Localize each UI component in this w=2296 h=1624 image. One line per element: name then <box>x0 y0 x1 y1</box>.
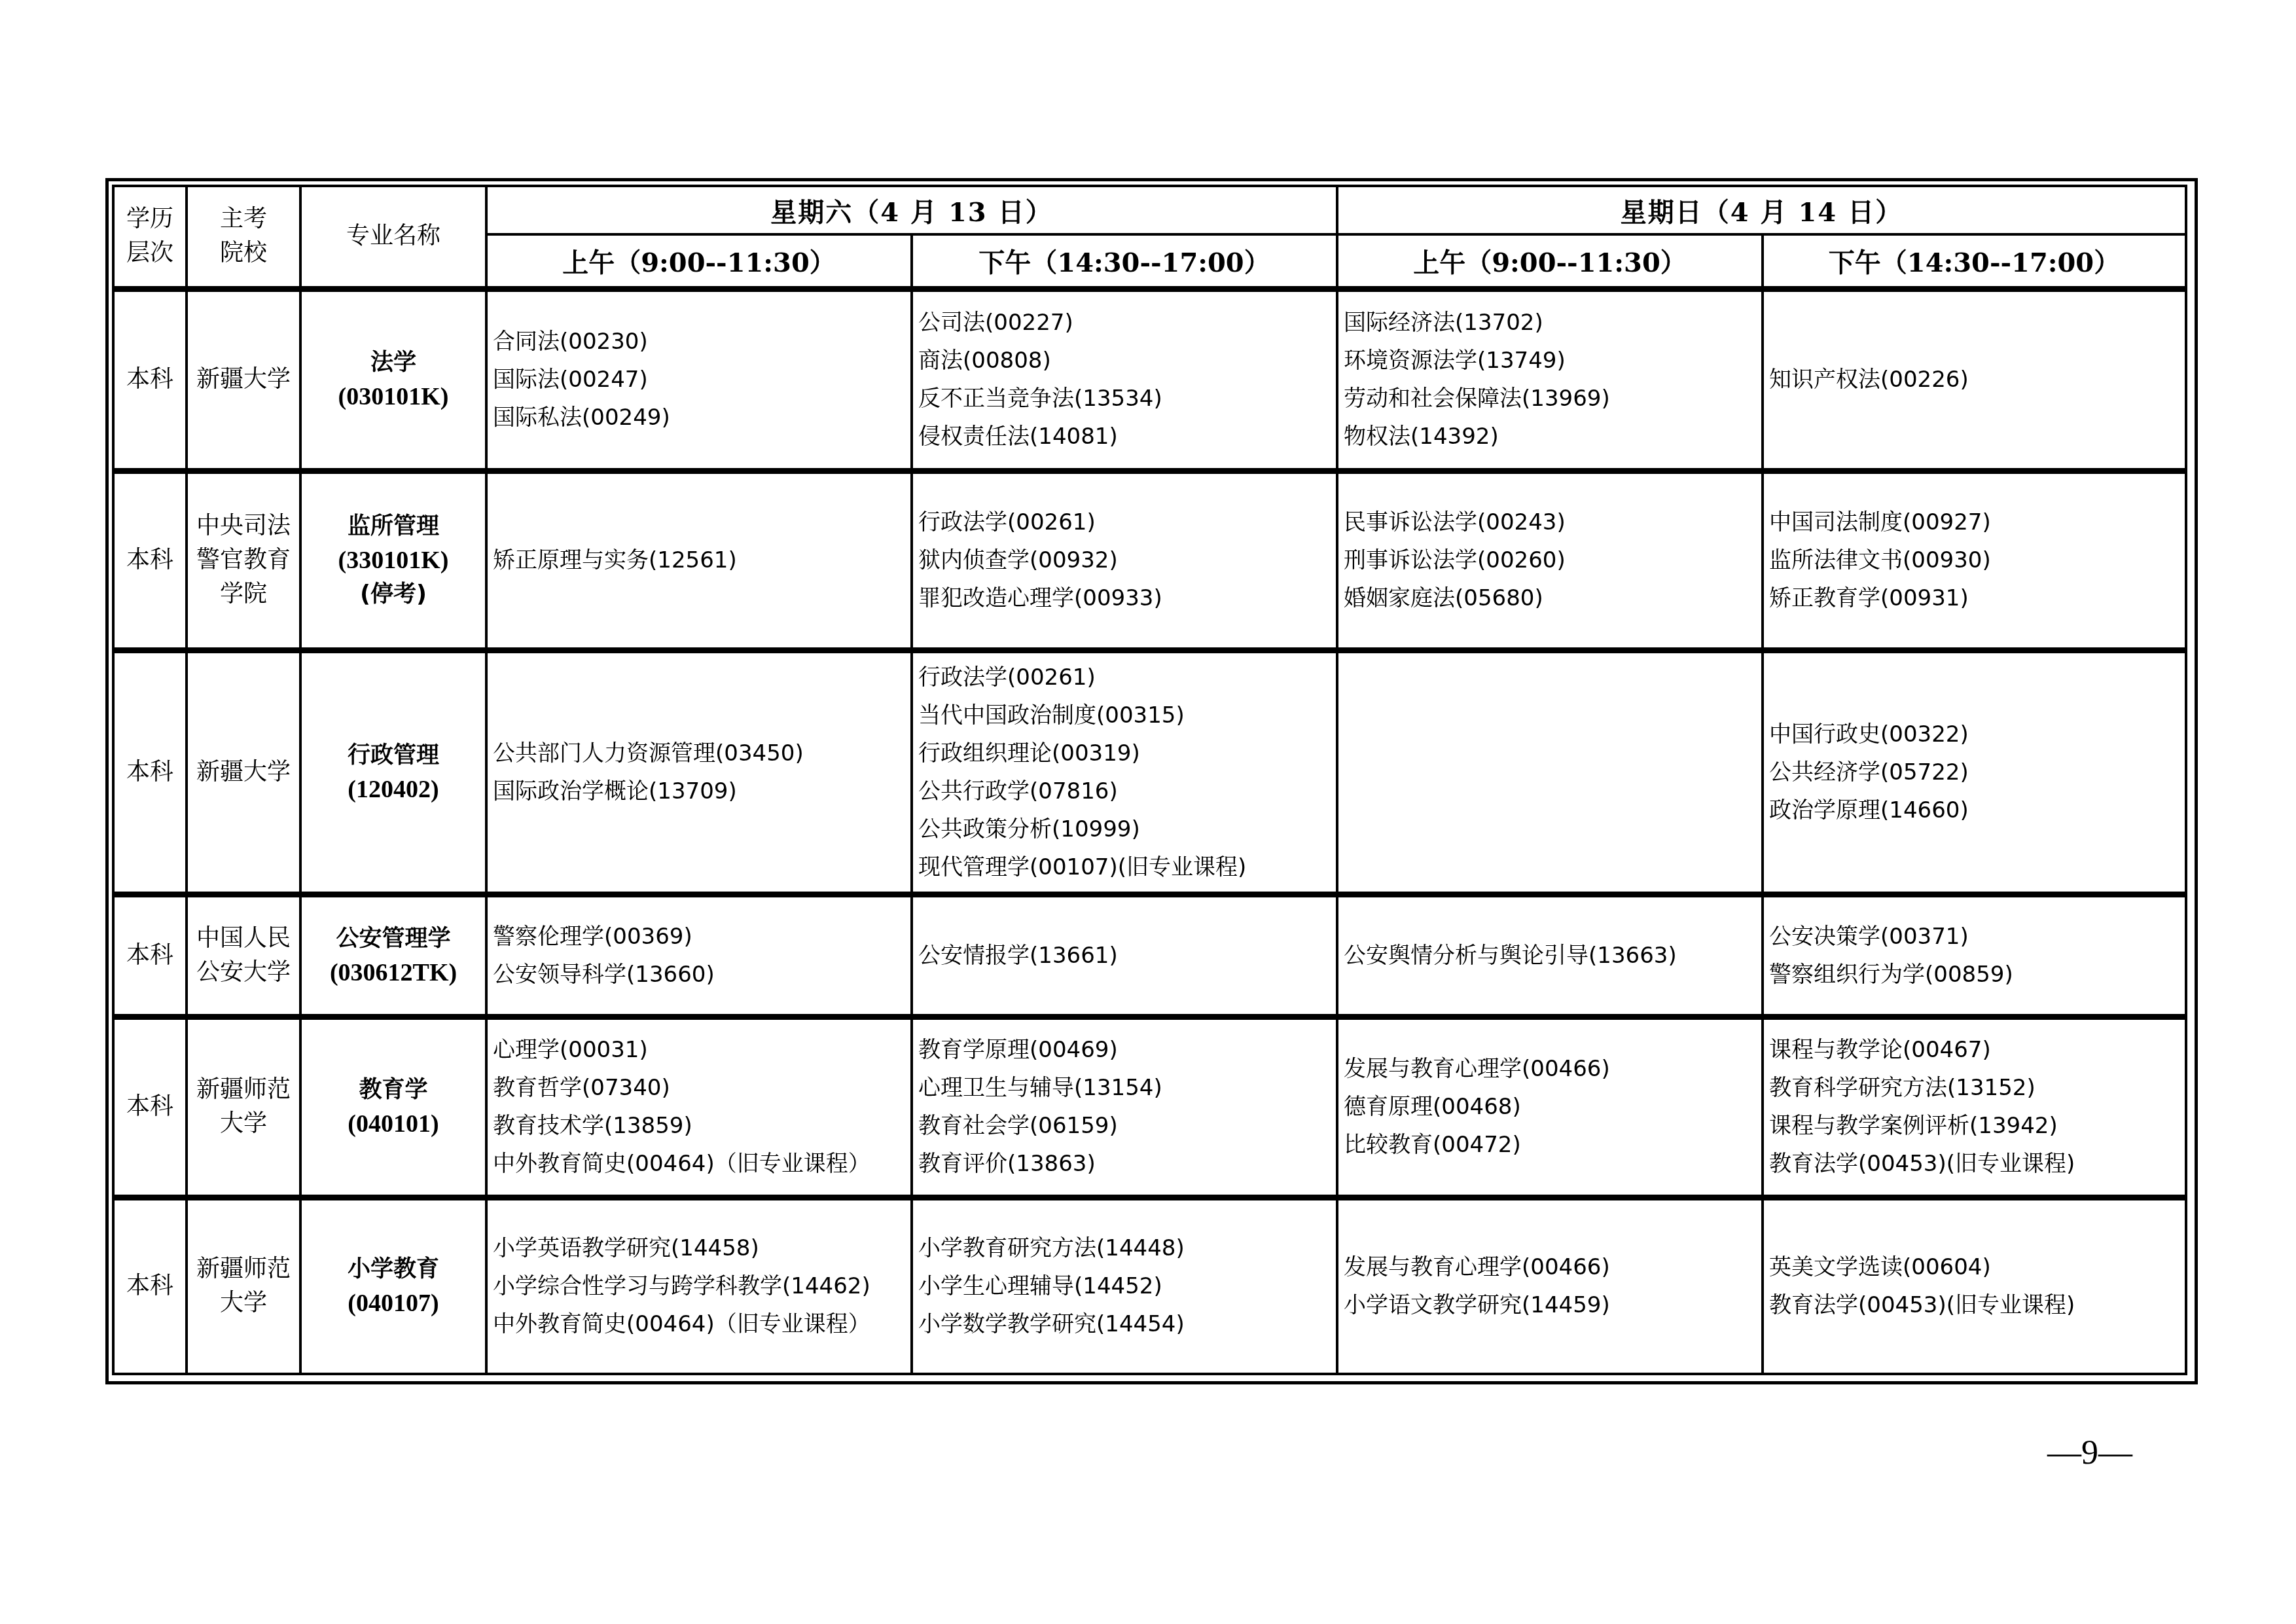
course-item: 教育哲学(07340) <box>493 1069 910 1107</box>
sun-pm-cell: 中国司法制度(00927) 监所法律文书(00930) 矫正教育学(00931) <box>1763 471 2186 650</box>
course-item: 教育法学(00453)(旧专业课程) <box>1769 1145 2185 1183</box>
course-item: 中国司法制度(00927) <box>1769 503 2185 541</box>
school-line: 中央司法 <box>188 509 299 543</box>
header-row-days: 学历 层次 主考 院校 专业名称 星期六（4 月 13 日） 星期日（4 月 1… <box>113 186 2186 234</box>
course-item: 公安决策学(00371) <box>1769 918 2185 956</box>
course-item: 公共政策分析(10999) <box>918 810 1336 848</box>
major-cell: 教育学 (040101) <box>300 1017 486 1197</box>
course-item: 婚姻家庭法(05680) <box>1344 579 1761 617</box>
table-row: 本科 新疆师范 大学 小学教育 (040107) 小学英语教学研究(14458)… <box>113 1197 2186 1374</box>
major-cell: 法学 (030101K) <box>300 289 486 471</box>
major-status: (停考) <box>302 577 485 611</box>
course-item: 公共行政学(07816) <box>918 772 1336 810</box>
exam-schedule-frame: 学历 层次 主考 院校 专业名称 星期六（4 月 13 日） 星期日（4 月 1… <box>105 178 2198 1384</box>
sat-am-cell: 警察伦理学(00369) 公安领导科学(13660) <box>486 894 912 1017</box>
major-name: 小学教育 <box>302 1252 485 1286</box>
course-item: 公安领导科学(13660) <box>493 956 910 994</box>
sun-pm-cell: 中国行政史(00322) 公共经济学(05722) 政治学原理(14660) <box>1763 650 2186 894</box>
major-cell: 监所管理 (330101K) (停考) <box>300 471 486 650</box>
course-item: 现代管理学(00107)(旧专业课程) <box>918 848 1336 886</box>
course-item: 行政组织理论(00319) <box>918 734 1336 772</box>
course-item: 小学综合性学习与跨学科教学(14462) <box>493 1267 910 1305</box>
sat-am-cell: 小学英语教学研究(14458) 小学综合性学习与跨学科教学(14462) 中外教… <box>486 1197 912 1374</box>
school-cell: 新疆师范 大学 <box>187 1197 300 1374</box>
course-item: 合同法(00230) <box>493 323 910 361</box>
sun-am-cell <box>1337 650 1763 894</box>
course-item: 行政法学(00261) <box>918 503 1336 541</box>
sat-am-cell: 心理学(00031) 教育哲学(07340) 教育技术学(13859) 中外教育… <box>486 1017 912 1197</box>
major-name: 法学 <box>302 346 485 380</box>
sat-am-cell: 公共部门人力资源管理(03450) 国际政治学概论(13709) <box>486 650 912 894</box>
course-item: 警察伦理学(00369) <box>493 918 910 956</box>
course-item: 发展与教育心理学(00466) <box>1344 1050 1761 1088</box>
school-line: 新疆师范 <box>188 1073 299 1107</box>
course-item: 中外教育简史(00464)（旧专业课程） <box>493 1305 910 1343</box>
level-cell: 本科 <box>113 471 187 650</box>
level-cell: 本科 <box>113 650 187 894</box>
course-item: 小学生心理辅导(14452) <box>918 1267 1336 1305</box>
course-item: 教育学原理(00469) <box>918 1031 1336 1069</box>
course-item: 公司法(00227) <box>918 304 1336 342</box>
course-item: 教育科学研究方法(13152) <box>1769 1069 2185 1107</box>
course-item: 警察组织行为学(00859) <box>1769 956 2185 994</box>
header-level-line: 学历 <box>115 202 185 236</box>
course-item: 罪犯改造心理学(00933) <box>918 579 1336 617</box>
sun-pm-cell: 英美文学选读(00604) 教育法学(00453)(旧专业课程) <box>1763 1197 2186 1374</box>
course-item: 矫正原理与实务(12561) <box>493 541 910 579</box>
course-item: 物权法(14392) <box>1344 418 1761 456</box>
sat-am-cell: 矫正原理与实务(12561) <box>486 471 912 650</box>
school-cell: 新疆师范 大学 <box>187 1017 300 1197</box>
sun-am-cell: 民事诉讼法学(00243) 刑事诉讼法学(00260) 婚姻家庭法(05680) <box>1337 471 1763 650</box>
school-line: 学院 <box>188 577 299 611</box>
course-item: 矫正教育学(00931) <box>1769 579 2185 617</box>
course-item: 教育社会学(06159) <box>918 1107 1336 1145</box>
major-name: 公安管理学 <box>302 922 485 956</box>
header-slot-sat-pm: 下午（14:30--17:00） <box>912 234 1337 289</box>
course-item: 中国行政史(00322) <box>1769 715 2185 753</box>
course-item: 公安情报学(13661) <box>918 937 1336 975</box>
level-cell: 本科 <box>113 289 187 471</box>
course-item: 课程与教学论(00467) <box>1769 1031 2185 1069</box>
course-item: 心理学(00031) <box>493 1031 910 1069</box>
sat-pm-cell: 教育学原理(00469) 心理卫生与辅导(13154) 教育社会学(06159)… <box>912 1017 1337 1197</box>
school-line: 新疆大学 <box>188 363 299 397</box>
major-cell: 行政管理 (120402) <box>300 650 486 894</box>
course-item: 小学语文教学研究(14459) <box>1344 1286 1761 1324</box>
course-item: 狱内侦查学(00932) <box>918 541 1336 579</box>
level-cell: 本科 <box>113 894 187 1017</box>
course-item: 商法(00808) <box>918 342 1336 380</box>
course-item: 知识产权法(00226) <box>1769 361 2185 399</box>
sat-pm-cell: 行政法学(00261) 当代中国政治制度(00315) 行政组织理论(00319… <box>912 650 1337 894</box>
course-item: 小学数学教学研究(14454) <box>918 1305 1336 1343</box>
course-item: 教育技术学(13859) <box>493 1107 910 1145</box>
course-item: 劳动和社会保障法(13969) <box>1344 380 1761 418</box>
school-line: 警官教育 <box>188 543 299 577</box>
course-item: 民事诉讼法学(00243) <box>1344 503 1761 541</box>
sun-am-cell: 发展与教育心理学(00466) 小学语文教学研究(14459) <box>1337 1197 1763 1374</box>
header-school: 主考 院校 <box>187 186 300 289</box>
major-code: (040107) <box>302 1286 485 1320</box>
course-item: 侵权责任法(14081) <box>918 418 1336 456</box>
level-cell: 本科 <box>113 1197 187 1374</box>
table-row: 本科 中国人民 公安大学 公安管理学 (030612TK) 警察伦理学(0036… <box>113 894 2186 1017</box>
header-major: 专业名称 <box>300 186 486 289</box>
header-slot-sun-am: 上午（9:00--11:30） <box>1337 234 1763 289</box>
school-cell: 中央司法 警官教育 学院 <box>187 471 300 650</box>
course-item: 教育法学(00453)(旧专业课程) <box>1769 1286 2185 1324</box>
course-item: 英美文学选读(00604) <box>1769 1248 2185 1286</box>
course-item: 德育原理(00468) <box>1344 1088 1761 1126</box>
course-item: 国际政治学概论(13709) <box>493 772 910 810</box>
major-code: (030612TK) <box>302 956 485 990</box>
school-cell: 新疆大学 <box>187 650 300 894</box>
table-row: 本科 新疆大学 法学 (030101K) 合同法(00230) 国际法(0024… <box>113 289 2186 471</box>
school-line: 公安大学 <box>188 956 299 990</box>
sun-am-cell: 公安舆情分析与舆论引导(13663) <box>1337 894 1763 1017</box>
course-item: 国际法(00247) <box>493 361 910 399</box>
school-cell: 新疆大学 <box>187 289 300 471</box>
header-level: 学历 层次 <box>113 186 187 289</box>
course-item: 中外教育简史(00464)（旧专业课程） <box>493 1145 910 1183</box>
header-day-sunday: 星期日（4 月 14 日） <box>1337 186 2186 234</box>
major-code: (330101K) <box>302 543 485 577</box>
course-item: 环境资源法学(13749) <box>1344 342 1761 380</box>
school-line: 新疆师范 <box>188 1252 299 1286</box>
header-school-line: 院校 <box>188 236 299 270</box>
table-row: 本科 中央司法 警官教育 学院 监所管理 (330101K) (停考) 矫正原理… <box>113 471 2186 650</box>
header-level-line: 层次 <box>115 236 185 270</box>
level-cell: 本科 <box>113 1017 187 1197</box>
table-row: 本科 新疆师范 大学 教育学 (040101) 心理学(00031) 教育哲学(… <box>113 1017 2186 1197</box>
school-line: 大学 <box>188 1286 299 1320</box>
course-item: 课程与教学案例评析(13942) <box>1769 1107 2185 1145</box>
school-line: 中国人民 <box>188 922 299 956</box>
sun-pm-cell: 课程与教学论(00467) 教育科学研究方法(13152) 课程与教学案例评析(… <box>1763 1017 2186 1197</box>
major-code: (030101K) <box>302 380 485 414</box>
table-row: 本科 新疆大学 行政管理 (120402) 公共部门人力资源管理(03450) … <box>113 650 2186 894</box>
sun-pm-cell: 知识产权法(00226) <box>1763 289 2186 471</box>
course-item: 教育评价(13863) <box>918 1145 1336 1183</box>
major-code: (120402) <box>302 772 485 806</box>
course-item: 行政法学(00261) <box>918 659 1336 696</box>
school-line: 大学 <box>188 1107 299 1141</box>
major-name: 行政管理 <box>302 738 485 772</box>
course-item: 公共经济学(05722) <box>1769 753 2185 791</box>
sat-am-cell: 合同法(00230) 国际法(00247) 国际私法(00249) <box>486 289 912 471</box>
sat-pm-cell: 行政法学(00261) 狱内侦查学(00932) 罪犯改造心理学(00933) <box>912 471 1337 650</box>
sat-pm-cell: 公安情报学(13661) <box>912 894 1337 1017</box>
header-school-line: 主考 <box>188 202 299 236</box>
major-cell: 公安管理学 (030612TK) <box>300 894 486 1017</box>
sun-am-cell: 发展与教育心理学(00466) 德育原理(00468) 比较教育(00472) <box>1337 1017 1763 1197</box>
course-item: 小学英语教学研究(14458) <box>493 1229 910 1267</box>
course-item: 当代中国政治制度(00315) <box>918 696 1336 734</box>
header-slot-sat-am: 上午（9:00--11:30） <box>486 234 912 289</box>
school-cell: 中国人民 公安大学 <box>187 894 300 1017</box>
course-item: 刑事诉讼法学(00260) <box>1344 541 1761 579</box>
course-item: 监所法律文书(00930) <box>1769 541 2185 579</box>
header-day-saturday: 星期六（4 月 13 日） <box>486 186 1337 234</box>
course-item: 小学教育研究方法(14448) <box>918 1229 1336 1267</box>
major-name: 监所管理 <box>302 509 485 543</box>
course-item: 国际经济法(13702) <box>1344 304 1761 342</box>
course-item: 比较教育(00472) <box>1344 1126 1761 1164</box>
course-item: 国际私法(00249) <box>493 399 910 437</box>
sun-pm-cell: 公安决策学(00371) 警察组织行为学(00859) <box>1763 894 2186 1017</box>
header-slot-sun-pm: 下午（14:30--17:00） <box>1763 234 2186 289</box>
major-cell: 小学教育 (040107) <box>300 1197 486 1374</box>
school-line: 新疆大学 <box>188 755 299 789</box>
major-code: (040101) <box>302 1107 485 1141</box>
course-item: 公共部门人力资源管理(03450) <box>493 734 910 772</box>
sun-am-cell: 国际经济法(13702) 环境资源法学(13749) 劳动和社会保障法(1396… <box>1337 289 1763 471</box>
course-item: 反不正当竞争法(13534) <box>918 380 1336 418</box>
exam-schedule-table: 学历 层次 主考 院校 专业名称 星期六（4 月 13 日） 星期日（4 月 1… <box>112 185 2187 1375</box>
course-item: 政治学原理(14660) <box>1769 791 2185 829</box>
sat-pm-cell: 公司法(00227) 商法(00808) 反不正当竞争法(13534) 侵权责任… <box>912 289 1337 471</box>
major-name: 教育学 <box>302 1073 485 1107</box>
course-item: 公安舆情分析与舆论引导(13663) <box>1344 937 1761 975</box>
page-number: —9— <box>2047 1434 2132 1472</box>
course-item: 发展与教育心理学(00466) <box>1344 1248 1761 1286</box>
course-item: 心理卫生与辅导(13154) <box>918 1069 1336 1107</box>
sat-pm-cell: 小学教育研究方法(14448) 小学生心理辅导(14452) 小学数学教学研究(… <box>912 1197 1337 1374</box>
